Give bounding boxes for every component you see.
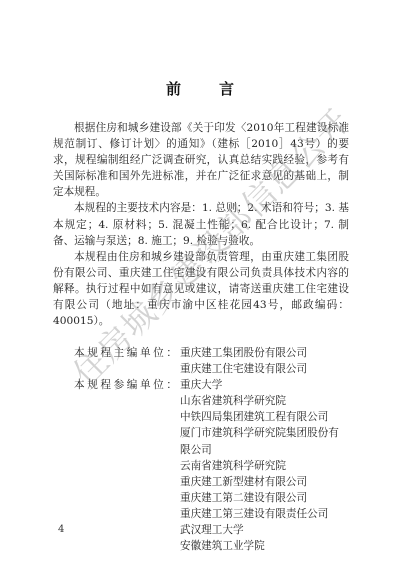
chief-units-list: 重庆建工集团股份有限公司 重庆建工住宅建设有限公司 [180, 345, 349, 377]
title-char-1: 前 [166, 78, 181, 99]
participating-unit: 山东省建筑科学研究院 [180, 393, 349, 409]
participating-units-label: 本规程参编单位： [53, 377, 180, 393]
paragraph-contents: 本规程的主要技术内容是：1. 总则；2. 术语和符号；3. 基本规定；4. 原材… [53, 200, 349, 248]
participating-units-row: 本规程参编单位： 重庆大学 山东省建筑科学研究院 中铁四局集团建筑工程有限公司 … [53, 377, 349, 554]
chief-units-row: 本规程主编单位： 重庆建工集团股份有限公司 重庆建工住宅建设有限公司 [53, 345, 349, 377]
participating-unit: 重庆建工新型建材有限公司 [180, 474, 349, 490]
chief-unit: 重庆建工集团股份有限公司 [180, 345, 349, 361]
participating-unit: 重庆建工第三建设有限责任公司 [180, 506, 349, 522]
editorial-units: 本规程主编单位： 重庆建工集团股份有限公司 重庆建工住宅建设有限公司 本规程参编… [53, 345, 349, 554]
participating-unit: 厦门市建筑科学研究院集团股份有限公司 [180, 425, 349, 457]
chief-units-label: 本规程主编单位： [53, 345, 180, 361]
chief-unit: 重庆建工住宅建设有限公司 [180, 361, 349, 377]
page-title: 前言 [0, 78, 400, 99]
participating-unit: 武汉理工大学 [180, 522, 349, 538]
participating-unit: 云南省建筑科学研究院 [180, 458, 349, 474]
title-char-2: 言 [219, 78, 234, 99]
participating-unit: 安徽建筑工业学院 [180, 538, 349, 554]
preface-body: 根据住房和城乡建设部《关于印发〈2010年工程建设标准规范制订、修订计划〉的通知… [53, 120, 349, 329]
participating-unit: 中铁四局集团建筑工程有限公司 [180, 409, 349, 425]
participating-unit: 重庆建工第二建设有限公司 [180, 490, 349, 506]
paragraph-management: 本规程由住房和城乡建设部负责管理，由重庆建工集团股份有限公司、重庆建工住宅建设有… [53, 249, 349, 329]
document-page: 前言 根据住房和城乡建设部《关于印发〈2010年工程建设标准规范制订、修订计划〉… [0, 0, 400, 579]
paragraph-basis: 根据住房和城乡建设部《关于印发〈2010年工程建设标准规范制订、修订计划〉的通知… [53, 120, 349, 200]
participating-unit: 重庆大学 [180, 377, 349, 393]
page-number: 4 [58, 524, 64, 535]
participating-units-list: 重庆大学 山东省建筑科学研究院 中铁四局集团建筑工程有限公司 厦门市建筑科学研究… [180, 377, 349, 554]
